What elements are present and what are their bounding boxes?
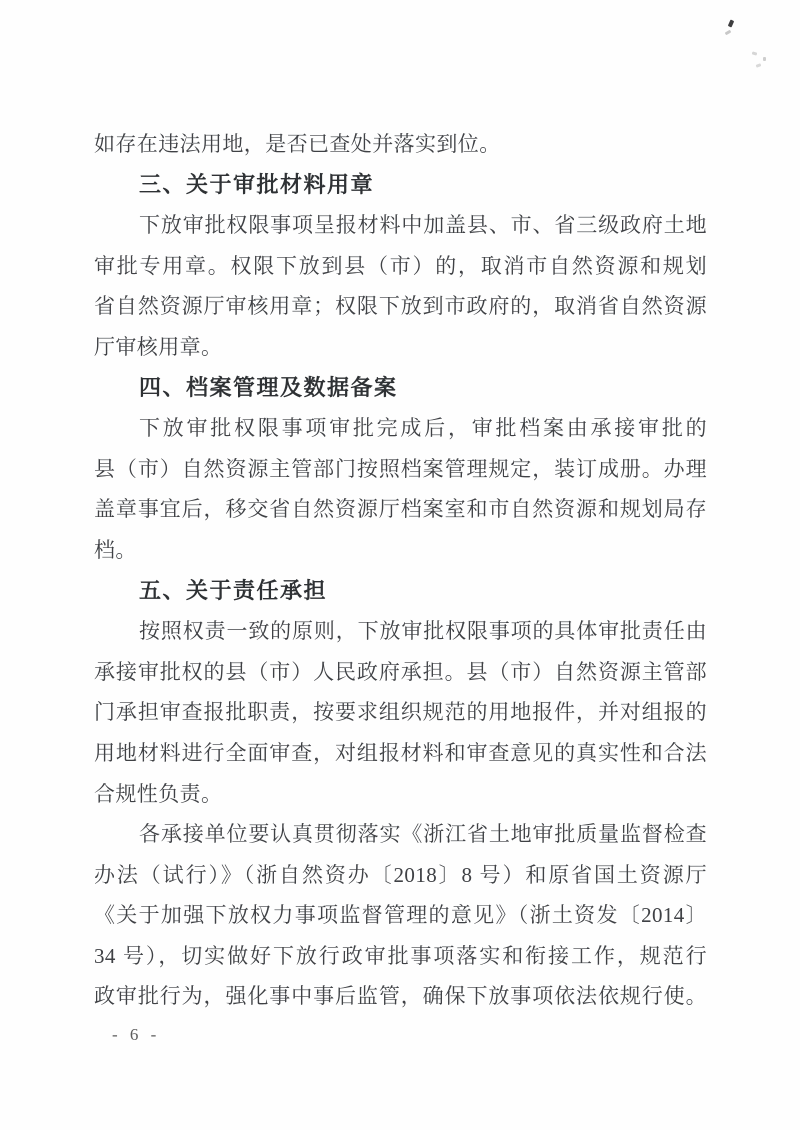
text-line: 政审批行为，强化事中事后监管，确保下放事项依法依规行使。 [94, 976, 707, 1017]
scan-speck [763, 57, 766, 61]
section-heading: 五、关于责任承担 [94, 571, 707, 612]
document-body: 如存在违法用地，是否已查处并落实到位。 三、关于审批材料用章 下放审批权限事项呈… [94, 124, 707, 1017]
text-line: 用地材料进行全面审查，对组报材料和审查意见的真实性和合法 [94, 733, 707, 774]
page-number: - 6 - [112, 1025, 160, 1045]
text-line: 门承担审查报批职责，按要求组织规范的用地报件，并对组报的 [94, 692, 707, 733]
scan-speck [728, 19, 735, 27]
section-heading: 三、关于审批材料用章 [94, 165, 707, 206]
section-heading: 四、档案管理及数据备案 [94, 368, 707, 409]
text-line: 省自然资源厅审核用章；权限下放到市政府的，取消省自然资源 [94, 286, 707, 327]
text-line: 承接审批权的县（市）人民政府承担。县（市）自然资源主管部 [94, 652, 707, 693]
document-page: 如存在违法用地，是否已查处并落实到位。 三、关于审批材料用章 下放审批权限事项呈… [0, 0, 800, 1130]
text-line: 档。 [94, 530, 707, 571]
text-line: 下放审批权限事项审批完成后，审批档案由承接审批的 [94, 408, 707, 449]
text-line: 《关于加强下放权力事项监督管理的意见》（浙土资发〔2014〕 [94, 895, 707, 936]
text-line: 审批专用章。权限下放到县（市）的，取消市自然资源和规划局、 [94, 246, 707, 287]
scan-speck [756, 63, 762, 68]
text-line: 厅审核用章。 [94, 327, 707, 368]
text-line: 下放审批权限事项呈报材料中加盖县、市、省三级政府土地 [94, 205, 707, 246]
scan-speck [752, 51, 758, 55]
text-line: 按照权责一致的原则，下放审批权限事项的具体审批责任由 [94, 611, 707, 652]
text-line: 办法（试行）》（浙自然资办〔2018〕8 号）和原省国土资源厅 [94, 855, 707, 896]
text-line: 合规性负责。 [94, 774, 707, 815]
text-line: 34 号），切实做好下放行政审批事项落实和衔接工作，规范行 [94, 936, 707, 977]
text-line: 盖章事宜后，移交省自然资源厅档案室和市自然资源和规划局存 [94, 489, 707, 530]
scan-speck [725, 30, 732, 36]
text-line: 县（市）自然资源主管部门按照档案管理规定，装订成册。办理 [94, 449, 707, 490]
text-line: 各承接单位要认真贯彻落实《浙江省土地审批质量监督检查 [94, 814, 707, 855]
text-line: 如存在违法用地，是否已查处并落实到位。 [94, 124, 707, 165]
